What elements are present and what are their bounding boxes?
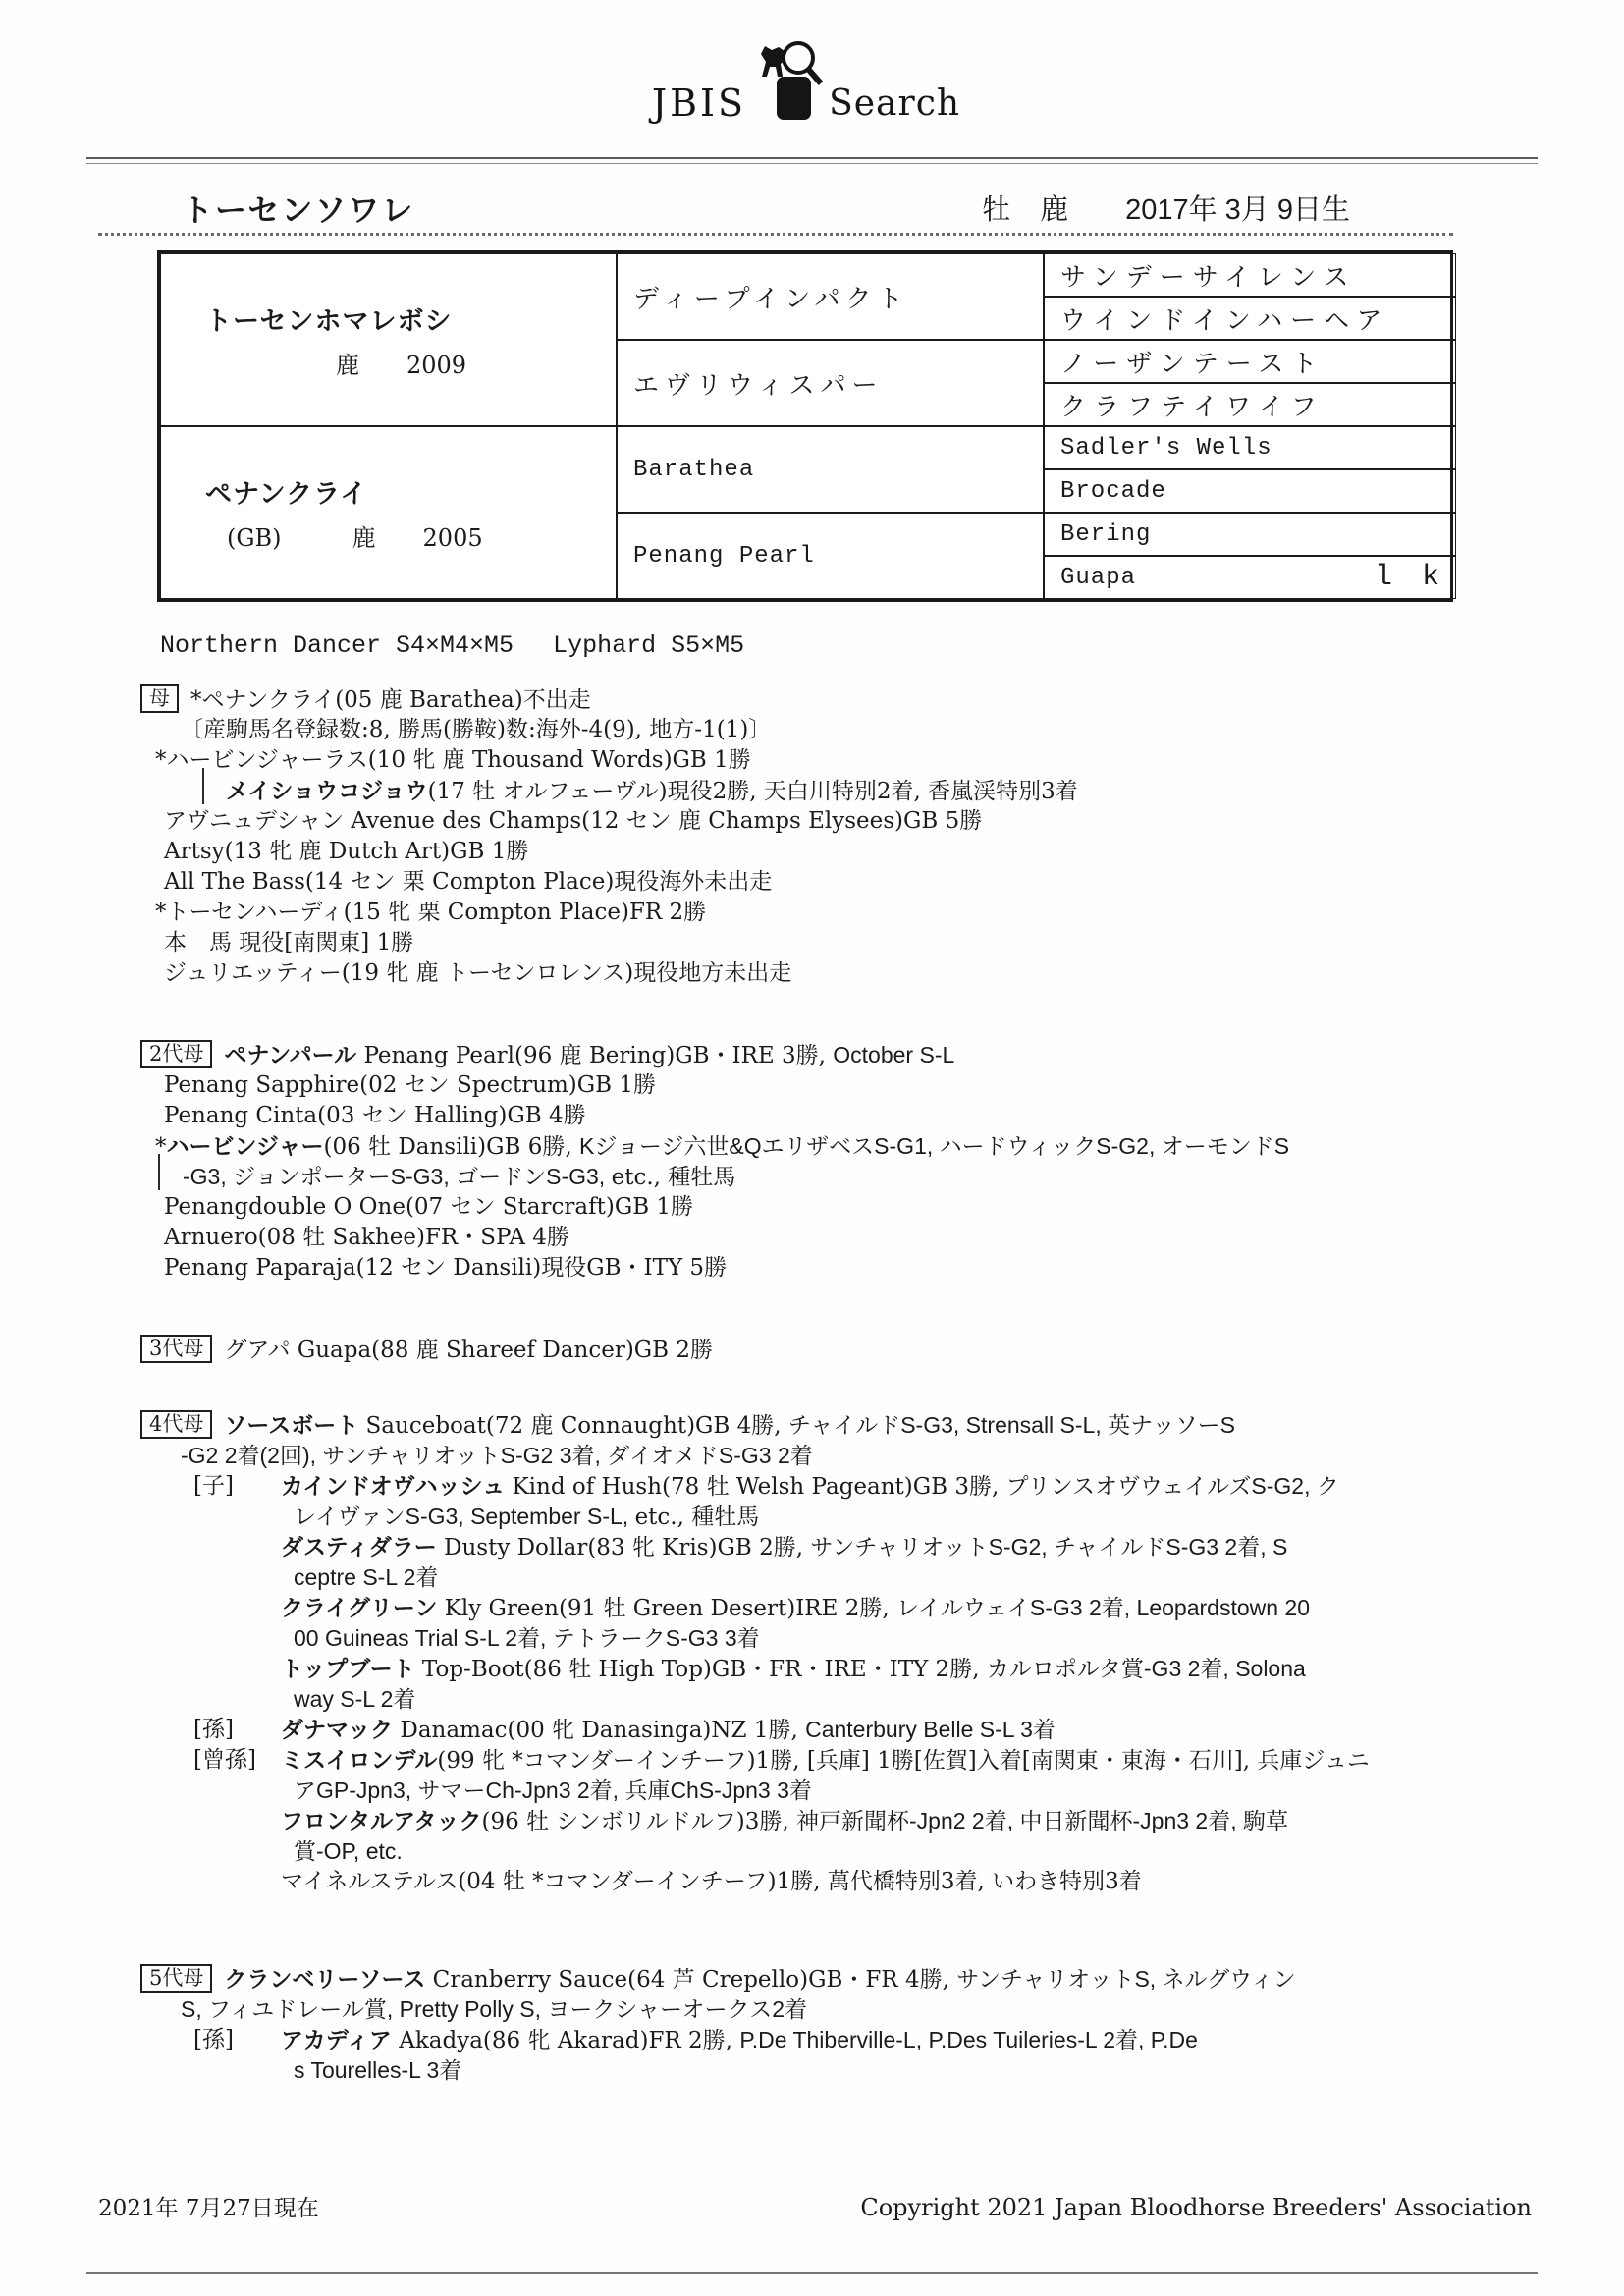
pedigree-text: チャイルドS-G3, Strensall S-L, 英ナッソーS: [788, 1412, 1235, 1438]
pedigree-text: サンチャリオットS, ネルグウィン: [956, 1966, 1296, 1992]
family-section-fourth-dam: 4代母ソースボート Sauceboat(72 鹿 Connaught)GB 4勝…: [0, 1410, 1624, 1897]
pedigree-line: アヴニュデシャン Avenue des Champs(12 セン 鹿 Champ…: [0, 806, 1624, 837]
sire-info: 鹿 2009: [205, 346, 466, 380]
pedigree-text: 賞-OP, etc.: [294, 1838, 403, 1864]
pedigree-cell-gen3: Brocade: [1044, 469, 1456, 513]
pedigree-line: *トーセンハーディ(15 牝 栗 Compton Place)FR 2勝: [0, 898, 1624, 928]
pedigree-line: 本 馬 現役[南関東] 1勝: [0, 928, 1624, 958]
relation-label: [曾孫]: [193, 1745, 256, 1776]
generation-label: 4代母: [140, 1410, 212, 1439]
pedigree-text: (17 牡 オルフェーヴル)現役2勝, 天白川特別2着, 香嵐渓特別3着: [428, 779, 1078, 804]
pedigree-line: フロンタルアタック(96 牡 シンボリルドルフ)3勝, 神戸新聞杯-Jpn2 2…: [0, 1806, 1624, 1836]
family-record-sections: 母*ペナンクライ(05 鹿 Barathea)不出走〔産駒馬名登録数:8, 勝馬…: [0, 684, 1624, 2137]
relation-label: [孫]: [193, 2025, 234, 2055]
pedigree-text: Danamac(00 牝 Danasinga)NZ 1勝,: [393, 1718, 805, 1743]
pedigree-text: アヴニュデシャン Avenue des Champs(12 セン 鹿 Champ…: [164, 808, 982, 834]
pedigree-line: 5代母クランベリーソース Cranberry Sauce(64 芦 Crepel…: [0, 1964, 1624, 1995]
horse-name-bold: ミスイロンデル: [281, 1747, 437, 1773]
pedigree-text: P.De Thiberville-L, P.Des Tuileries-L 2着…: [739, 2027, 1198, 2052]
jbis-search-logo: JBIS Search: [0, 37, 1624, 124]
relation-label: [子]: [193, 1471, 234, 1502]
pedigree-line: All The Bass(14 セン 栗 Compton Place)現役海外未…: [0, 867, 1624, 898]
pedigree-text: レイルウェイS-G3 2着, Leopardstown 20: [896, 1595, 1310, 1620]
pedigree-text: (06 牡 Dansili)GB 6勝,: [323, 1134, 579, 1160]
pedigree-line: s Tourelles-L 3着: [0, 2055, 1624, 2086]
pedigree-cell-dam: ペナンクライ (GB) 鹿 2005: [160, 426, 617, 599]
pedigree-text: Canterbury Belle S-L 3着: [805, 1717, 1056, 1742]
dam-name: ペナンクライ: [205, 472, 367, 511]
pedigree-text: Penang Paparaja(12 セン Dansili)現役GB・ITY 5…: [164, 1255, 727, 1281]
pedigree-text: ceptre S-L 2着: [294, 1564, 438, 1590]
pedigree-line: S, フィユドレール賞, Pretty Polly S, ヨークシャーオークス2…: [0, 1995, 1624, 2025]
pedigree-line: Penang Paparaja(12 セン Dansili)現役GB・ITY 5…: [0, 1253, 1624, 1284]
pedigree-text: *ハービンジャーラス(10 牝 鹿 Thousand Words)GB 1勝: [155, 747, 751, 773]
pedigree-line: [孫]ダナマック Danamac(00 牝 Danasinga)NZ 1勝, C…: [0, 1715, 1624, 1745]
pedigree-text: *: [155, 1134, 167, 1160]
pedigree-text: *トーセンハーディ(15 牝 栗 Compton Place)FR 2勝: [155, 900, 706, 925]
pedigree-cell-sire-sire: ディープインパクト: [617, 253, 1044, 340]
copyright-text: Copyright 2021 Japan Bloodhorse Breeders…: [860, 2194, 1532, 2221]
pedigree-line: レイヴァンS-G3, September S-L, etc., 種牡馬: [0, 1502, 1624, 1532]
sire-name: トーセンホマレボシ: [205, 300, 452, 338]
generation-label: 3代母: [140, 1335, 212, 1363]
pedigree-line: ceptre S-L 2着: [0, 1562, 1624, 1593]
dam-info: (GB) 鹿 2005: [205, 519, 483, 553]
pedigree-text: Arnuero(08 牡 Sakhee)FR・SPA 4勝: [164, 1225, 569, 1250]
as-of-date: 2021年 7月27日現在: [98, 2190, 319, 2222]
generation-label: 母: [140, 684, 179, 713]
family-section-second-dam: 2代母ペナンパール Penang Pearl(96 鹿 Bering)GB・IR…: [0, 1040, 1624, 1284]
pedigree-text: way S-L 2着: [294, 1686, 415, 1712]
pedigree-text: 本 馬 現役[南関東] 1勝: [164, 930, 413, 956]
pedigree-text: サンチャリオットS-G2, チャイルドS-G3 2着, S: [810, 1534, 1287, 1559]
pedigree-line: アGP-Jpn3, サマーCh-Jpn3 2着, 兵庫ChS-Jpn3 3着: [0, 1776, 1624, 1806]
pedigree-text: s Tourelles-L 3着: [294, 2057, 461, 2083]
pedigree-line: [孫]アカディア Akadya(86 牝 Akarad)FR 2勝, P.De …: [0, 2025, 1624, 2055]
pedigree-line: 賞-OP, etc.: [0, 1836, 1624, 1867]
pedigree-text: Artsy(13 牝 鹿 Dutch Art)GB 1勝: [164, 839, 528, 864]
logo-text-jbis: JBIS: [652, 84, 746, 124]
pedigree-line: ジュリエッティー(19 牝 鹿 トーセンロレンス)現役地方未出走: [0, 958, 1624, 989]
pedigree-table: トーセンホマレボシ 鹿 2009 ペナンクライ (GB) 鹿 2005 ディープ…: [157, 250, 1453, 602]
title-row: トーセンソワレ 牡鹿2017年 3月 9日生: [98, 187, 1453, 236]
horse-magnifier-icon: [752, 37, 827, 126]
pedigree-text: (99 牝 *コマンダーインチーフ)1勝, [兵庫] 1勝[佐賀]入着[南関東・…: [437, 1748, 1257, 1774]
pedigree-text: 神戸新聞杯-Jpn2 2着, 中日新聞杯-Jpn3 2着, 駒草: [796, 1808, 1288, 1833]
horse-coat: 鹿: [1040, 194, 1068, 226]
pedigree-line: メイショウコジョウ(17 牡 オルフェーヴル)現役2勝, 天白川特別2着, 香嵐…: [0, 776, 1624, 806]
family-section-third-dam: 3代母グアパ Guapa(88 鹿 Shareef Dancer)GB 2勝: [0, 1335, 1624, 1365]
pedigree-text: レイヴァンS-G3, September S-L,: [294, 1503, 635, 1529]
pedigree-line: [曾孫]ミスイロンデル(99 牝 *コマンダーインチーフ)1勝, [兵庫] 1勝…: [0, 1745, 1624, 1776]
inbreeding-crosses: Northern Dancer S4×M4×M5 Lyphard S5×M5: [160, 625, 744, 660]
logo-text-search: Search: [829, 86, 960, 124]
scan-artifact: l k: [1375, 561, 1445, 594]
pedigree-text: -G2 2着(2回), サンチャリオットS-G2 3着, ダイオメドS-G3 2…: [181, 1443, 813, 1468]
pedigree-line: 3代母グアパ Guapa(88 鹿 Shareef Dancer)GB 2勝: [0, 1335, 1624, 1365]
horse-name-bold: トップブート: [281, 1656, 415, 1681]
pedigree-text: 〔産駒馬名登録数:8, 勝馬(勝鞍)数:海外-4(9), 地方-1(1)〕: [181, 717, 771, 742]
horse-name-bold: ハービンジャー: [167, 1133, 324, 1159]
pedigree-line: ダスティダラー Dusty Dollar(83 牝 Kris)GB 2勝, サン…: [0, 1532, 1624, 1562]
pedigree-text: Top-Boot(86 牡 High Top)GB・FR・IRE・ITY 2勝,: [415, 1657, 987, 1682]
horse-name-bold: アカディア: [281, 2027, 392, 2052]
pedigree-cell-dam-sire: Barathea: [617, 426, 1044, 513]
horse-name-bold: クライグリーン: [281, 1595, 437, 1620]
footer-divider: [86, 2272, 1538, 2274]
pedigree-text: Penang Sapphire(02 セン Spectrum)GB 1勝: [164, 1072, 656, 1098]
horse-name-bold: フロンタルアタック: [281, 1808, 481, 1833]
pedigree-line: -G3, ジョンポーターS-G3, ゴードンS-G3, etc., 種牡馬: [0, 1162, 1624, 1192]
pedigree-document-page: JBIS Search トーセンソワレ 牡鹿2017年 3月 9日生 トーセンホ…: [0, 0, 1624, 2296]
pedigree-cell-gen3: Guapa l k: [1044, 556, 1456, 599]
pedigree-line: *ハービンジャーラス(10 牝 鹿 Thousand Words)GB 1勝: [0, 745, 1624, 776]
pedigree-text: -G3, ジョンポーターS-G3, ゴードンS-G3,: [183, 1164, 612, 1189]
page-footer: 2021年 7月27日現在 Copyright 2021 Japan Blood…: [98, 2190, 1532, 2222]
generation-label: 5代母: [140, 1964, 212, 1993]
pedigree-text: Penang Cinta(03 セン Halling)GB 4勝: [164, 1103, 586, 1128]
pedigree-text: Penangdouble O One(07 セン Starcraft)GB 1勝: [164, 1194, 693, 1220]
horse-sex: 牡: [982, 194, 1010, 226]
pedigree-text: Kly Green(91 牡 Green Desert)IRE 2勝,: [437, 1596, 896, 1621]
pedigree-cell-dam-dam: Penang Pearl: [617, 513, 1044, 599]
pedigree-text: October S-L: [833, 1042, 954, 1067]
pedigree-text: カルロポルタ賞-G3 2着, Solona: [987, 1656, 1306, 1681]
horse-birth-info: 牡鹿2017年 3月 9日生: [982, 188, 1350, 228]
pedigree-text: 00 Guineas Trial S-L 2着, テトラークS-G3 3着: [294, 1625, 760, 1651]
pedigree-text: プリンスオヴウェイルズS-G2, ク: [1006, 1473, 1339, 1499]
pedigree-line: 〔産駒馬名登録数:8, 勝馬(勝鞍)数:海外-4(9), 地方-1(1)〕: [0, 715, 1624, 745]
pedigree-text: Cranberry Sauce(64 芦 Crepello)GB・FR 4勝,: [425, 1967, 956, 1993]
horse-name-bold: メイショウコジョウ: [226, 778, 428, 803]
pedigree-line: Artsy(13 牝 鹿 Dutch Art)GB 1勝: [0, 837, 1624, 867]
horse-name-bold: ダナマック: [281, 1717, 393, 1742]
pedigree-text: ジュリエッティー(19 牝 鹿 トーセンロレンス)現役地方未出走: [164, 960, 791, 986]
pedigree-text: Kind of Hush(78 牡 Welsh Pageant)GB 3勝,: [505, 1474, 1005, 1500]
pedigree-cell-gen3: クラフテイワイフ: [1044, 383, 1456, 426]
pedigree-cell-gen3: サンデーサイレンス: [1044, 253, 1456, 297]
pedigree-line: [子]カインドオヴハッシュ Kind of Hush(78 牡 Welsh Pa…: [0, 1471, 1624, 1502]
pedigree-text: マイネルステルス(04 牡 *コマンダーインチーフ)1勝, 萬代橋特別3着, い…: [281, 1869, 1142, 1894]
gen3-name: Guapa: [1060, 565, 1136, 591]
horse-name-bold: カインドオヴハッシュ: [281, 1473, 505, 1499]
pedigree-cell-gen3: Sadler's Wells: [1044, 426, 1456, 469]
pedigree-text: Sauceboat(72 鹿 Connaught)GB 4勝,: [358, 1413, 788, 1439]
pedigree-line: Penang Cinta(03 セン Halling)GB 4勝: [0, 1101, 1624, 1131]
pedigree-text: etc., 種牡馬: [635, 1504, 760, 1530]
pedigree-cell-sire-dam: エヴリウィスパー: [617, 340, 1044, 426]
family-section-dam: 母*ペナンクライ(05 鹿 Barathea)不出走〔産駒馬名登録数:8, 勝馬…: [0, 684, 1624, 989]
pedigree-line: way S-L 2着: [0, 1684, 1624, 1715]
horse-name-bold: ダスティダラー: [281, 1534, 437, 1559]
horse-name-bold: ソースボート: [224, 1412, 358, 1438]
pedigree-text: Dusty Dollar(83 牝 Kris)GB 2勝,: [437, 1535, 811, 1560]
generation-label: 2代母: [140, 1040, 212, 1068]
pedigree-cell-sire: トーセンホマレボシ 鹿 2009: [160, 253, 617, 426]
pedigree-text: *ペナンクライ(05 鹿 Barathea)不出走: [190, 687, 591, 713]
pedigree-cell-gen3: ノーザンテースト: [1044, 340, 1456, 383]
pedigree-line: 00 Guineas Trial S-L 2着, テトラークS-G3 3着: [0, 1623, 1624, 1654]
pedigree-line: *ハービンジャー(06 牡 Dansili)GB 6勝, Kジョージ六世&Qエリ…: [0, 1131, 1624, 1162]
pedigree-text: グアパ Guapa(88 鹿 Shareef Dancer)GB 2勝: [224, 1338, 713, 1363]
page-title-horse-name: トーセンソワレ: [182, 186, 414, 231]
horse-name-bold: ペナンパール: [224, 1042, 356, 1067]
pedigree-line: -G2 2着(2回), サンチャリオットS-G2 3着, ダイオメドS-G3 2…: [0, 1441, 1624, 1471]
pedigree-line: 4代母ソースボート Sauceboat(72 鹿 Connaught)GB 4勝…: [0, 1410, 1624, 1441]
pedigree-cell-gen3: Bering: [1044, 513, 1456, 556]
pedigree-text: All The Bass(14 セン 栗 Compton Place)現役海外未…: [164, 869, 772, 895]
header-divider: [86, 157, 1538, 164]
pedigree-cell-gen3: ウインドインハーヘア: [1044, 297, 1456, 340]
horse-name-bold: クランベリーソース: [224, 1966, 425, 1992]
family-section-fifth-dam: 5代母クランベリーソース Cranberry Sauce(64 芦 Crepel…: [0, 1964, 1624, 2086]
pedigree-text: アGP-Jpn3, サマーCh-Jpn3 2着, 兵庫ChS-Jpn3 3着: [294, 1777, 812, 1803]
pedigree-text: S, フィユドレール賞, Pretty Polly S, ヨークシャーオークス2…: [181, 1996, 807, 2022]
pedigree-line: Penang Sapphire(02 セン Spectrum)GB 1勝: [0, 1070, 1624, 1101]
pedigree-line: Arnuero(08 牡 Sakhee)FR・SPA 4勝: [0, 1223, 1624, 1253]
pedigree-text: Akadya(86 牝 Akarad)FR 2勝,: [392, 2028, 739, 2053]
pedigree-text: etc., 種牡馬: [612, 1165, 736, 1190]
pedigree-text: 兵庫ジュニ: [1257, 1747, 1370, 1773]
pedigree-line: トップブート Top-Boot(86 牡 High Top)GB・FR・IRE・…: [0, 1654, 1624, 1684]
pedigree-text: (96 牡 シンボリルドルフ)3勝,: [481, 1809, 796, 1834]
pedigree-line: クライグリーン Kly Green(91 牡 Green Desert)IRE …: [0, 1593, 1624, 1623]
horse-birthdate: 2017年 3月 9日生: [1125, 194, 1350, 226]
pedigree-text: Kジョージ六世&QエリザベスS-G1, ハードウィックS-G2, オーモンドS: [579, 1133, 1289, 1159]
pedigree-text: Penang Pearl(96 鹿 Bering)GB・IRE 3勝,: [356, 1043, 833, 1068]
pedigree-line: 母*ペナンクライ(05 鹿 Barathea)不出走: [0, 684, 1624, 715]
pedigree-line: 2代母ペナンパール Penang Pearl(96 鹿 Bering)GB・IR…: [0, 1040, 1624, 1070]
relation-label: [孫]: [193, 1715, 234, 1745]
pedigree-line: Penangdouble O One(07 セン Starcraft)GB 1勝: [0, 1192, 1624, 1223]
pedigree-line: マイネルステルス(04 牡 *コマンダーインチーフ)1勝, 萬代橋特別3着, い…: [0, 1867, 1624, 1897]
